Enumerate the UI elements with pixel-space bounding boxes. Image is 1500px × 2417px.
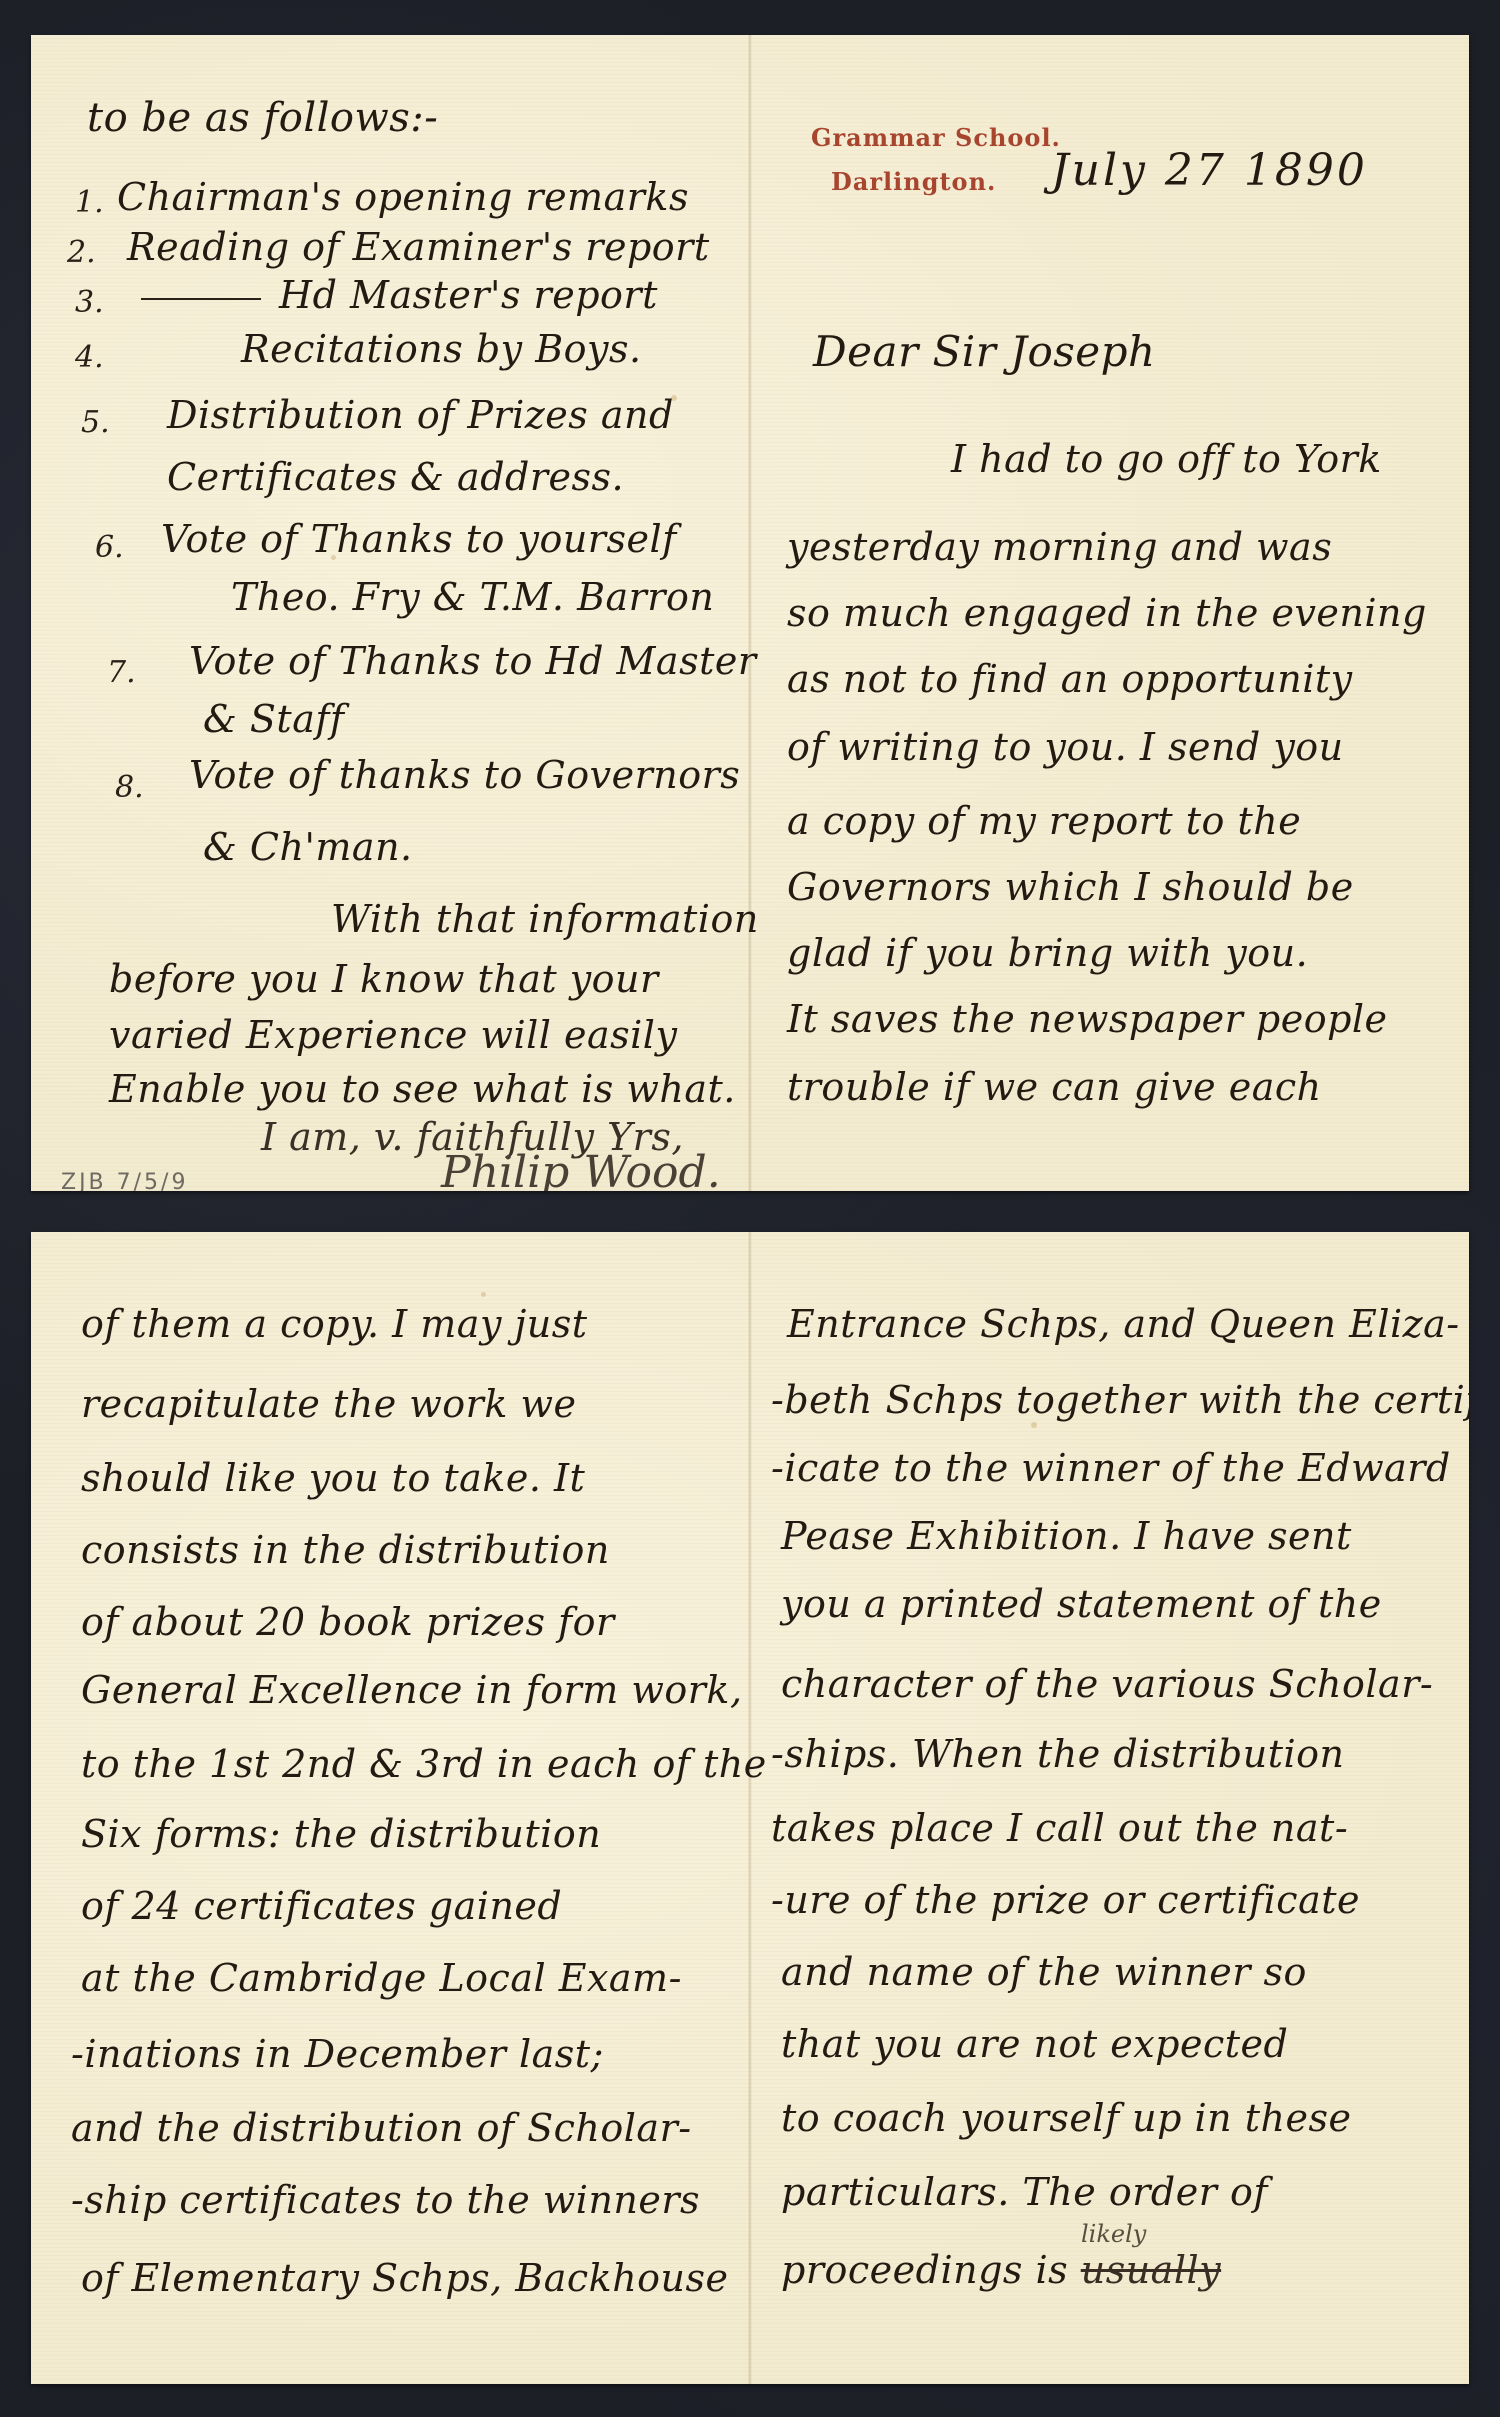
body-line: -ship certificates to the winners	[71, 2178, 700, 2222]
body-line: -ure of the prize or certificate	[771, 1878, 1360, 1922]
sheet1-right-page: Grammar School. Darlington. July 27 1890…	[751, 35, 1469, 1191]
agenda-item-8: Vote of thanks to Governors	[189, 753, 740, 797]
letterhead-town: Darlington.	[831, 167, 996, 196]
body-line: consists in the distribution	[81, 1528, 610, 1572]
body-line: and the distribution of Scholar-	[71, 2106, 692, 2150]
sheet2-right-page: Entrance Schps, and Queen Eliza- -beth S…	[751, 1232, 1469, 2384]
body-line: glad if you bring with you.	[787, 931, 1308, 975]
agenda-num: 6.	[95, 530, 124, 565]
body-line: particulars. The order of	[781, 2170, 1268, 2214]
signature: Philip Wood.	[441, 1147, 721, 1191]
agenda-item-6: Vote of Thanks to yourself	[161, 517, 677, 561]
closing-line: With that information	[331, 897, 759, 941]
agenda-item-5-cont: Certificates & address.	[167, 455, 624, 499]
agenda-item-4: Recitations by Boys.	[241, 327, 642, 371]
body-line: a copy of my report to the	[787, 799, 1301, 843]
body-line: Entrance Schps, and Queen Eliza-	[787, 1302, 1460, 1346]
agenda-item-7-cont: & Staff	[203, 697, 345, 741]
agenda-num: 3.	[75, 285, 104, 320]
agenda-num: 8.	[115, 770, 144, 805]
body-line: so much engaged in the evening	[787, 591, 1427, 635]
body-line: of writing to you. I send you	[787, 725, 1344, 769]
letter-sheet-2: of them a copy. I may just recapitulate …	[31, 1232, 1469, 2384]
letterhead-school: Grammar School.	[811, 123, 1061, 152]
body-line: Six forms: the distribution	[81, 1812, 601, 1856]
body-line: yesterday morning and was	[787, 525, 1332, 569]
body-line: recapitulate the work we	[81, 1382, 576, 1426]
sheet2-left-page: of them a copy. I may just recapitulate …	[31, 1232, 749, 2384]
agenda-num: 7.	[107, 655, 136, 690]
body-line: trouble if we can give each	[787, 1065, 1322, 1109]
body-line: to the 1st 2nd & 3rd in each of the	[81, 1742, 767, 1786]
agenda-num: 1.	[75, 185, 104, 220]
sheet1-left-page: to be as follows:- 1. Chairman's opening…	[31, 35, 749, 1191]
agenda-item-6-cont: Theo. Fry & T.M. Barron	[231, 575, 714, 619]
body-line: -beth Schps together with the certif-	[771, 1378, 1469, 1422]
body-line: I had to go off to York	[951, 437, 1382, 481]
body-line: -ships. When the distribution	[771, 1732, 1344, 1776]
body-line: takes place I call out the nat-	[771, 1806, 1348, 1850]
body-line: to coach yourself up in these	[781, 2096, 1351, 2140]
letter-date: July 27 1890	[1051, 145, 1368, 196]
agenda-item-2: Reading of Examiner's report	[127, 225, 710, 269]
closing-line: Enable you to see what is what.	[109, 1067, 736, 1111]
struck-word: usually	[1081, 2248, 1221, 2292]
body-line: of about 20 book prizes for	[81, 1600, 615, 1644]
last-line-text: proceedings is	[781, 2248, 1068, 2292]
inserted-word: likely	[1081, 2220, 1146, 2248]
agenda-item-8-cont: & Ch'man.	[203, 825, 413, 869]
body-line: It saves the newspaper people	[787, 997, 1388, 1041]
closing-line: before you I know that your	[109, 957, 659, 1001]
agenda-item-1: Chairman's opening remarks	[117, 175, 689, 219]
body-line: of 24 certificates gained	[81, 1884, 562, 1928]
agenda-item-3-text: Hd Master's report	[279, 273, 658, 317]
ditto-rule	[141, 298, 261, 300]
body-line: you a printed statement of the	[781, 1582, 1382, 1626]
agenda-item-3: Hd Master's report	[141, 273, 658, 317]
body-line: at the Cambridge Local Exam-	[81, 1956, 682, 2000]
agenda-item-7: Vote of Thanks to Hd Master	[189, 639, 757, 683]
body-line: of them a copy. I may just	[81, 1302, 588, 1346]
agenda-item-5: Distribution of Prizes and	[167, 393, 674, 437]
body-line: as not to find an opportunity	[787, 657, 1353, 701]
letter-sheet-1: to be as follows:- 1. Chairman's opening…	[31, 35, 1469, 1191]
closing-line: varied Experience will easily	[109, 1013, 677, 1057]
body-line: Governors which I should be	[787, 865, 1354, 909]
body-line: General Excellence in form work,	[81, 1668, 743, 1712]
body-line: and name of the winner so	[781, 1950, 1307, 1994]
agenda-num: 2.	[67, 235, 96, 270]
salutation: Dear Sir Joseph	[813, 327, 1156, 376]
agenda-intro: to be as follows:-	[87, 95, 438, 141]
body-line: -icate to the winner of the Edward	[771, 1446, 1451, 1490]
body-line: that you are not expected	[781, 2022, 1288, 2066]
body-line: Pease Exhibition. I have sent	[781, 1514, 1352, 1558]
agenda-num: 5.	[81, 405, 110, 440]
body-line: -inations in December last;	[71, 2032, 604, 2076]
agenda-num: 4.	[75, 340, 104, 375]
body-line: character of the various Scholar-	[781, 1662, 1433, 1706]
body-line: should like you to take. It	[81, 1456, 585, 1500]
body-line: of Elementary Schps, Backhouse	[81, 2256, 729, 2300]
archive-reference: ZJB 7/5/9	[61, 1170, 188, 1191]
body-line-last: proceedings is usually	[781, 2248, 1221, 2292]
